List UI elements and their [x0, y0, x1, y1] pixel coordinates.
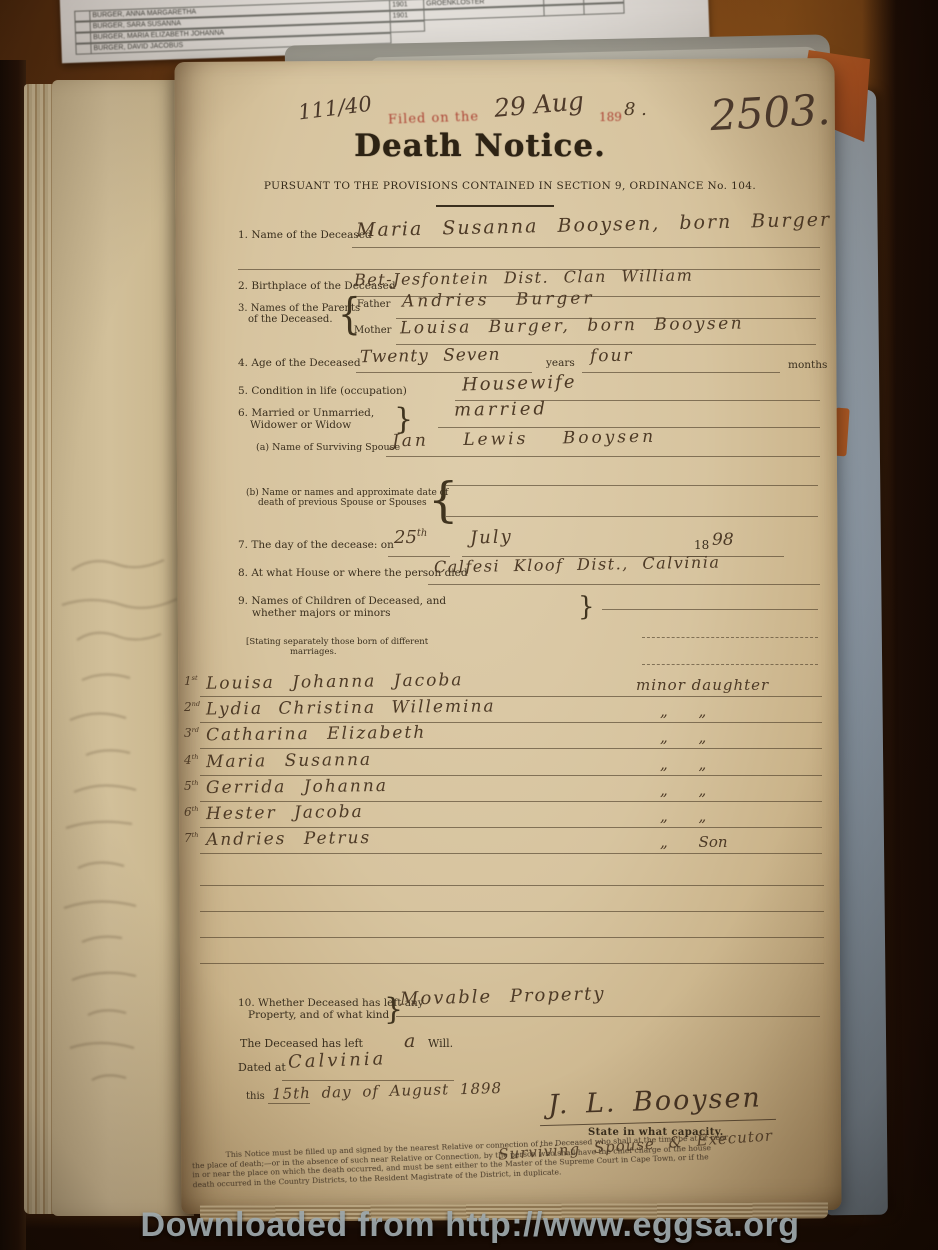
field5-value: Housewife: [462, 372, 577, 396]
child-row: 2nd Lydia Christina Willemina „ „: [0, 698, 938, 724]
ruled-line: [446, 485, 818, 486]
ruled-line: [602, 609, 818, 610]
ruled-line: [200, 853, 822, 854]
filed-year-printed: 189: [599, 110, 622, 124]
bleed-through-handwriting: [52, 80, 194, 1216]
dated-label: Dated at: [238, 1061, 286, 1074]
field7-label: 7. The day of the decease: on: [238, 539, 394, 551]
day-suffix: th: [417, 528, 427, 539]
ruled-line: [200, 963, 824, 964]
ruled-line: [352, 247, 820, 248]
book-cover-edge: [0, 60, 26, 1250]
field6b-label: (b) Name or names and approximate date o…: [246, 488, 448, 498]
ordinal-number: 2: [184, 700, 192, 714]
ruled-line: [200, 775, 822, 776]
ordinal-number: 5: [184, 779, 192, 793]
child-row: 5th Gerrida Johanna „ „: [0, 777, 938, 803]
child-status: „ „: [660, 728, 706, 746]
child-status: „ „: [660, 755, 706, 773]
ordinal-number: 7: [184, 831, 192, 845]
ordinal-suffix: th: [192, 753, 199, 761]
ordinal-number: 3: [184, 726, 192, 740]
child-row: 7th Andries Petrus „ Son: [0, 829, 938, 855]
child-ordinal: 7th: [184, 831, 199, 845]
will-statement: The Deceased has left: [240, 1037, 363, 1050]
field7-year-written: 98: [712, 530, 734, 550]
child-ordinal: 2nd: [184, 700, 200, 714]
child-row: 3rd Catharina Elizabeth „ „: [0, 724, 938, 750]
child-name: Lydia Christina Willemina: [206, 696, 496, 719]
field10-label2: Property, and of what kind: [248, 1009, 389, 1021]
watermark: Downloaded from http://www.eggsa.org: [58, 1206, 882, 1245]
title-rule: [436, 205, 554, 207]
filed-stamp: Filed on the: [388, 109, 480, 127]
child-name: Catharina Elizabeth: [206, 723, 426, 746]
index-table: BURGER, ANNA MARGARETHA1901GROENKLOSTER …: [74, 0, 674, 11]
filed-year-handwritten: 8 .: [624, 99, 647, 120]
years-label: years: [546, 357, 575, 369]
child-name: Andries Petrus: [206, 828, 371, 850]
ordinal-number: 6: [184, 805, 192, 819]
ruled-line: [446, 516, 818, 517]
field6-label2: Widower or Widow: [250, 419, 351, 431]
field4-months-value: four: [590, 346, 634, 367]
ruled-line: [200, 937, 824, 938]
ruled-line: [200, 911, 824, 912]
ordinal-suffix: th: [192, 779, 199, 787]
field9-note2: marriages.: [290, 647, 337, 657]
ruled-line: [642, 664, 818, 665]
field6-label: 6. Married or Unmarried,: [238, 407, 374, 419]
field6a-label: (a) Name of Surviving Spouse: [256, 442, 400, 453]
field9-brace: }: [578, 592, 595, 622]
mother-label: Mother: [354, 325, 391, 336]
ruled-line: [642, 637, 818, 638]
field9-note: [Stating separately those born of differ…: [246, 637, 428, 647]
dated-place: Calvinia: [288, 1048, 387, 1072]
ordinal-number: 4: [184, 753, 192, 767]
ruled-line: [200, 801, 822, 802]
child-status: „ Son: [660, 833, 728, 851]
field6b-brace: {: [428, 472, 459, 528]
field4-years-value: Twenty Seven: [360, 345, 501, 367]
ruled-line: [200, 885, 824, 886]
field9-label: 9. Names of Children of Deceased, and: [238, 595, 446, 607]
page-title: Death Notice.: [330, 128, 630, 164]
notice-number: 2503.: [709, 85, 832, 140]
field5-label: 5. Condition in life (occupation): [238, 385, 407, 397]
child-status: „ „: [660, 807, 706, 825]
field3-label2: of the Deceased.: [248, 314, 333, 325]
field7-month: July: [470, 526, 513, 548]
ruled-line: [200, 827, 822, 828]
ruled-line: [386, 456, 820, 457]
child-row: 4th Maria Susanna „ „: [0, 751, 938, 777]
ruled-line: [396, 1016, 820, 1017]
child-name: Gerrida Johanna: [206, 776, 388, 798]
child-status: „ „: [660, 781, 706, 799]
ruled-line: [268, 1103, 310, 1104]
child-ordinal: 3rd: [184, 726, 199, 740]
ruled-line: [200, 722, 822, 723]
child-ordinal: 6th: [184, 805, 199, 819]
field6b-label2: death of previous Spouse or Spouses: [258, 498, 427, 508]
child-ordinal: 1st: [184, 674, 198, 688]
day-number: 25: [394, 527, 417, 548]
ordinal-suffix: nd: [192, 700, 200, 708]
ordinal-number: 1: [184, 674, 192, 688]
ruled-line: [200, 748, 822, 749]
child-ordinal: 5th: [184, 779, 199, 793]
field1-label: 1. Name of the Deceased: [238, 229, 372, 241]
field7-year-printed: 18: [694, 538, 709, 552]
ruled-line: [582, 372, 780, 373]
father-label: Father: [357, 299, 390, 310]
page-subtitle: PURSUANT TO THE PROVISIONS CONTAINED IN …: [205, 180, 815, 192]
will-word: Will.: [428, 1037, 453, 1050]
left-page: [52, 80, 194, 1216]
child-row: 1st Louisa Johanna Jacoba minor daughter: [0, 672, 938, 698]
field6-value: married: [454, 398, 548, 420]
field4-label: 4. Age of the Deceased: [238, 357, 361, 369]
father-value: Andries Burger: [402, 288, 595, 311]
child-name: Louisa Johanna Jacoba: [206, 670, 464, 694]
ordinal-suffix: th: [192, 805, 199, 813]
this-label: this: [246, 1091, 265, 1102]
field9-label2: whether majors or minors: [252, 607, 391, 619]
child-status: „ „: [660, 702, 706, 720]
ruled-line: [200, 696, 822, 697]
ordinal-suffix: st: [192, 674, 198, 682]
child-row: 6th Hester Jacoba „ „: [0, 803, 938, 829]
child-ordinal: 4th: [184, 753, 199, 767]
will-article: a: [404, 1030, 415, 1052]
field7-day: 25th: [394, 527, 427, 548]
index-year: [391, 21, 425, 33]
months-label: months: [788, 359, 827, 371]
ruled-line: [428, 584, 820, 585]
child-name: Maria Susanna: [206, 750, 372, 772]
ordinal-suffix: th: [192, 831, 199, 839]
child-status: minor daughter: [636, 676, 769, 694]
photographed-death-notice: BURGER, ANNA MARGARETHA1901GROENKLOSTER …: [0, 0, 938, 1250]
ordinal-suffix: rd: [192, 726, 199, 734]
child-name: Hester Jacoba: [206, 802, 364, 824]
